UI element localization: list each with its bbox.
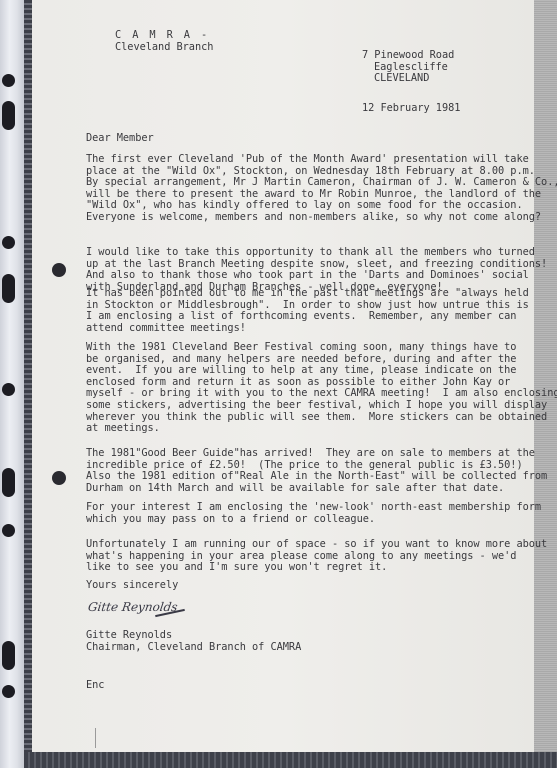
text-line: some stickers, advertising the beer fest… (86, 399, 547, 411)
binder-hole (2, 274, 15, 303)
text-line: By special arrangement, Mr J Martin Came… (86, 176, 557, 188)
address-block: 7 Pinewood Road EaglescliffeCLEVELAND (362, 50, 454, 85)
text-line: And also to thank those who took part in… (86, 269, 529, 281)
text-line: I am enclosing a list of forthcoming eve… (86, 310, 516, 322)
binder-hole (2, 468, 15, 497)
sleeve-seam (24, 0, 32, 768)
binder-hole (2, 685, 15, 698)
text-line: wherever you think the public will see t… (86, 411, 547, 423)
letter-date: 12 February 1981 (362, 103, 460, 115)
binder-hole (2, 641, 15, 670)
text-line: It has been pointed out to me in the pas… (86, 287, 529, 299)
signer-block: Gitte Reynolds Chairman, Cleveland Branc… (86, 630, 301, 653)
text-line: With the 1981 Cleveland Beer Festival co… (86, 341, 516, 353)
text-line: attend committee meetings! (86, 322, 246, 334)
paper-punch-hole (52, 471, 66, 485)
text-line: what's happening in your area please com… (86, 550, 516, 562)
text-line: incredible price of £2.50! (The price to… (86, 459, 523, 471)
text-line: I would like to take this opportunity to… (86, 246, 535, 258)
binder-hole (2, 524, 15, 537)
address-line-1: 7 Pinewood Road (362, 49, 454, 61)
text-line: The 1981"Good Beer Guide"has arrived! Th… (86, 447, 535, 459)
text-line: will be there to present the award to Mr… (86, 188, 541, 200)
paragraph-meetings: It has been pointed out to me in the pas… (86, 288, 529, 334)
paper-mark (95, 728, 96, 748)
binder-hole (2, 74, 15, 87)
sender-block: C A M R A - Cleveland Branch (115, 30, 213, 53)
text-line: which you may pass on to a friend or col… (86, 513, 375, 525)
binder-hole (2, 236, 15, 249)
text-line: For your interest I am enclosing the 'ne… (86, 501, 541, 513)
text-line: place at the "Wild Ox", Stockton, on Wed… (86, 165, 535, 177)
text-line: be organised, and many helpers are neede… (86, 353, 516, 365)
address-line-3: CLEVELAND (362, 73, 454, 85)
text-line: The first ever Cleveland 'Pub of the Mon… (86, 153, 529, 165)
text-line: like to see you and I'm sure you won't r… (86, 561, 387, 573)
text-line: in Stockton or Middlesbrough". In order … (86, 299, 529, 311)
text-line: "Wild Ox", who has kindly offered to lay… (86, 199, 523, 211)
text-line: myself - or bring it with you to the nex… (86, 387, 557, 399)
scan-edge-bottom (24, 752, 557, 768)
enclosure-note: Enc (86, 680, 104, 692)
signer-title: Chairman, Cleveland Branch of CAMRA (86, 641, 301, 653)
paper-punch-hole (52, 263, 66, 277)
text-line: Everyone is welcome, members and non-mem… (86, 211, 541, 223)
salutation: Dear Member (86, 133, 154, 145)
binder-hole (2, 383, 15, 396)
sender-organisation: C A M R A - (115, 29, 210, 41)
paragraph-pub-of-month: The first ever Cleveland 'Pub of the Mon… (86, 154, 557, 224)
text-line: enclosed form and return it as soon as p… (86, 376, 510, 388)
paragraph-good-beer-guide: The 1981"Good Beer Guide"has arrived! Th… (86, 448, 547, 494)
text-line: Also the 1981 edition of"Real Ale in the… (86, 470, 547, 482)
signer-name: Gitte Reynolds (86, 629, 172, 641)
text-line: up at the last Branch Meeting despite sn… (86, 258, 547, 270)
paragraph-closing-remarks: Unfortunately I am running our of space … (86, 539, 547, 574)
binder-hole (2, 101, 15, 130)
closing: Yours sincerely (86, 580, 178, 592)
text-line: Durham on 14th March and will be availab… (86, 482, 504, 494)
text-line: event. If you are willing to help at any… (86, 364, 516, 376)
paragraph-beer-festival: With the 1981 Cleveland Beer Festival co… (86, 342, 557, 435)
text-line: Unfortunately I am running our of space … (86, 538, 547, 550)
sender-branch: Cleveland Branch (115, 41, 213, 53)
text-line: at meetings. (86, 422, 160, 434)
paragraph-membership-form: For your interest I am enclosing the 'ne… (86, 502, 541, 525)
